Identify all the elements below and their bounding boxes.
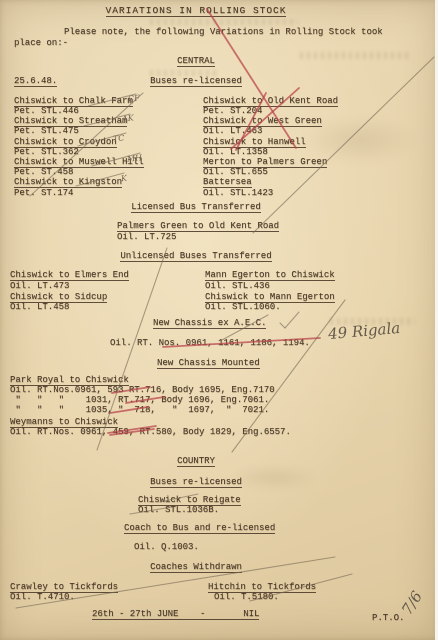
route: Chiswick to Sidcup xyxy=(10,292,107,302)
intro-line-2: place on:- xyxy=(14,38,68,48)
fleet-number: Oil. STL.1036B. xyxy=(138,505,219,515)
route: Park Royal to Chiswick xyxy=(10,375,129,385)
fleet-number: Pet. STL.446 xyxy=(14,106,79,116)
country-buses-relicensed-heading: Buses re-licensed xyxy=(0,477,392,487)
chassis-detail-line: " " " 1035, " 718, " 1697, " 7021. xyxy=(10,405,269,415)
fleet-number: Oil. LT.1358 xyxy=(203,147,268,157)
fleet-number: Oil. LT.458 xyxy=(10,302,69,312)
fleet-number: Oil. STL.655 xyxy=(203,167,268,177)
licensed-transfer-heading: Licensed Bus Transferred xyxy=(0,202,392,212)
coach-to-bus-heading: Coach to Bus and re-licensed xyxy=(124,523,275,533)
route: Chiswick to Reigate xyxy=(138,495,241,505)
fleet-number: Oil. STL.436 xyxy=(205,281,270,291)
central-section-heading: CENTRAL xyxy=(0,56,392,66)
route: Mann Egerton to Chiswick xyxy=(205,270,335,280)
route: Crawley to Tickfords xyxy=(10,582,118,592)
unlicensed-transfer-heading: Unlicensed Buses Transferred xyxy=(0,251,392,261)
route: Chiswick to Old Kent Road xyxy=(203,96,338,106)
fleet-number: Oil. LT.463 xyxy=(203,126,262,136)
handwritten-annotation: 49 Rigala xyxy=(328,323,401,339)
route: Hitchin to Tickfords xyxy=(208,582,316,592)
pencil-garage-code: TC xyxy=(113,133,125,144)
fleet-number: Pet. ST.458 xyxy=(14,167,73,177)
new-chassis-ex-heading: New Chassis ex A.E.C. xyxy=(153,318,266,328)
coaches-withdrawn-heading: Coaches Withdrawn xyxy=(0,562,392,572)
route: Merton to Palmers Green xyxy=(203,157,327,167)
intro-line-1: Please note, the following Variations in… xyxy=(64,27,383,37)
route: Chiswick to West Green xyxy=(203,116,322,126)
route: Battersea xyxy=(203,177,252,187)
route: Weymanns to Chiswick xyxy=(10,417,118,427)
pencil-garage-code: K xyxy=(120,174,127,185)
pencil-garage-code: CF xyxy=(128,93,141,104)
scanned-document: VARIATIONS IN ROLLING STOCK Please note,… xyxy=(0,0,438,640)
fleet-number: Oil. STL.1060. xyxy=(205,302,281,312)
route: Chiswick to Croydon xyxy=(14,137,117,147)
new-chassis-mounted-heading: New Chassis Mounted xyxy=(157,358,260,368)
route: Chiswick to Muswell Hill xyxy=(14,157,144,167)
route: Chiswick to Hanwell xyxy=(203,137,306,147)
fleet-number: Pet. ST.174 xyxy=(14,188,73,198)
buses-relicensed-heading: Buses re-licensed xyxy=(0,76,392,86)
route: Palmers Green to Old Kent Road xyxy=(117,221,279,231)
fleet-number: Oil. T.5180. xyxy=(214,592,279,602)
fleet-number: Pet. STL.475 xyxy=(14,126,79,136)
country-section-heading: COUNTRY xyxy=(0,456,392,466)
route: Chiswick to Streatham xyxy=(14,116,127,126)
route: Chiswick to Elmers End xyxy=(10,270,129,280)
fleet-number: Pet. ST.204 xyxy=(203,106,262,116)
document-title: VARIATIONS IN ROLLING STOCK xyxy=(0,6,392,16)
fleet-number: Oil. T.4710. xyxy=(10,592,75,602)
chassis-detail-line: " " " 1031, RT.717, Body 1696, Eng.7061. xyxy=(10,395,269,405)
fleet-number: Pet. STL.362 xyxy=(14,147,79,157)
route: Chiswick to Kingston xyxy=(14,177,122,187)
pencil-garage-code: MH xyxy=(127,153,143,165)
fleet-number: Oil. LT.473 xyxy=(10,281,69,291)
new-chassis-ex-line: Oil. RT. Nos. 0961, 1161, 1186, 1194. xyxy=(110,338,310,348)
fleet-number: Oil. STL.1423 xyxy=(203,188,273,198)
pto-note: P.T.O. xyxy=(372,613,404,623)
route: Chiswick to Chalk Farm xyxy=(14,96,133,106)
footer-date-range: 26th - 27th JUNE - NIL xyxy=(92,609,259,619)
fleet-number: Oil. Q.1003. xyxy=(134,542,199,552)
chassis-detail-line: Oil. RT.Nos.0961, 593 RT.716, Body 1695,… xyxy=(10,385,275,395)
route: Chiswick to Mann Egerton xyxy=(205,292,335,302)
pencil-garage-code: AK xyxy=(122,113,135,124)
chassis-detail-line: Oil. RT.Nos. 0961, 459, RT.580, Body 182… xyxy=(10,427,291,437)
fleet-number: Oil. LT.725 xyxy=(117,232,176,242)
